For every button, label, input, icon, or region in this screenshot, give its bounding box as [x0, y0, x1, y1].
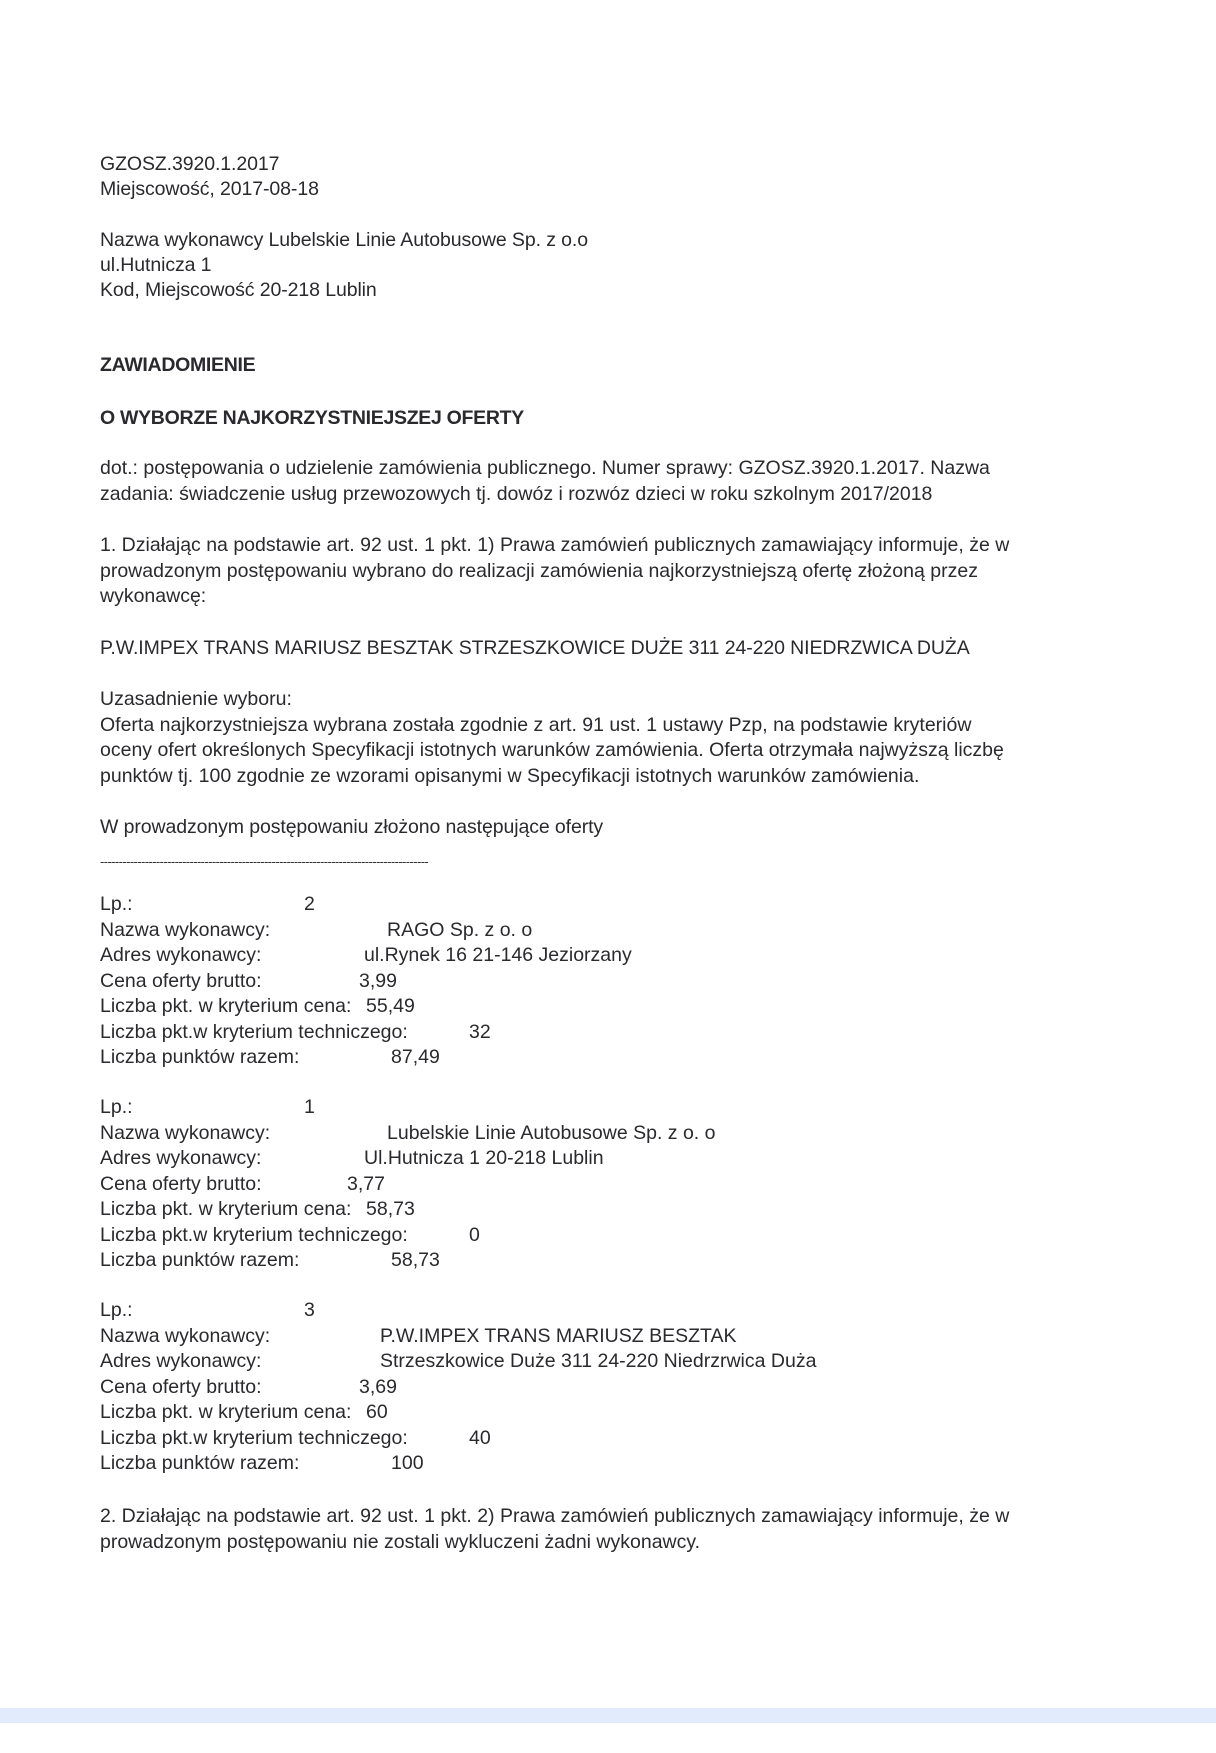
lp-label: Lp.: — [100, 892, 133, 918]
address-label: Adres wykonawcy: — [100, 1146, 261, 1172]
subject-line: zadania: świadczenie usług przewozowych … — [100, 482, 1160, 508]
offer-contractor-address: Ul.Hutnicza 1 20-218 Lublin — [364, 1146, 604, 1172]
recipient-street: ul.Hutnicza 1 — [100, 253, 211, 279]
price-label: Cena oferty brutto: — [100, 1172, 262, 1198]
scanned-document-page: GZOSZ.3920.1.2017 Miejscowość, 2017-08-1… — [0, 0, 1216, 1753]
offer-price: 3,99 — [359, 969, 397, 995]
offer-tech-points: 0 — [469, 1223, 480, 1249]
justification-line: oceny ofert określonych Specyfikacji ist… — [100, 738, 1160, 764]
total-points-label: Liczba punktów razem: — [100, 1248, 299, 1274]
offer-lp: 2 — [304, 892, 315, 918]
document-subtitle: O WYBORZE NAJKORZYSTNIEJSZEJ OFERTY — [100, 406, 524, 432]
section-1-line: 1. Działając na podstawie art. 92 ust. 1… — [100, 533, 1160, 559]
recipient-city: Kod, Miejscowość 20-218 Lublin — [100, 278, 377, 304]
justification-heading: Uzasadnienie wyboru: — [100, 687, 1160, 713]
offer-contractor-name: Lubelskie Linie Autobusowe Sp. z o. o — [387, 1121, 715, 1147]
justification-paragraph: Uzasadnienie wyboru: Oferta najkorzystni… — [100, 687, 1160, 789]
tech-points-label: Liczba pkt.w kryterium techniczego: — [100, 1223, 408, 1249]
offer-contractor-address: Strzeszkowice Duże 311 24-220 Niedrzrwic… — [380, 1349, 816, 1375]
name-label: Nazwa wykonawcy: — [100, 1121, 270, 1147]
tech-points-label: Liczba pkt.w kryterium techniczego: — [100, 1020, 408, 1046]
price-points-label: Liczba pkt. w kryterium cena: — [100, 1400, 351, 1426]
winning-contractor: P.W.IMPEX TRANS MARIUSZ BESZTAK STRZESZK… — [100, 636, 970, 662]
scan-edge-band — [0, 1708, 1216, 1723]
offer-contractor-address: ul.Rynek 16 21-146 Jeziorzany — [364, 943, 632, 969]
place-date: Miejscowość, 2017-08-18 — [100, 177, 319, 203]
offer-price-points: 60 — [366, 1400, 388, 1426]
case-reference: GZOSZ.3920.1.2017 — [100, 152, 279, 178]
price-label: Cena oferty brutto: — [100, 1375, 262, 1401]
offer-contractor-name: P.W.IMPEX TRANS MARIUSZ BESZTAK — [380, 1324, 736, 1350]
subject-paragraph: dot.: postępowania o udzielenie zamówien… — [100, 456, 1160, 507]
offers-intro: W prowadzonym postępowaniu złożono nastę… — [100, 815, 603, 841]
address-label: Adres wykonawcy: — [100, 1349, 261, 1375]
total-points-label: Liczba punktów razem: — [100, 1045, 299, 1071]
lp-label: Lp.: — [100, 1298, 133, 1324]
offer-total-points: 100 — [391, 1451, 424, 1477]
lp-label: Lp.: — [100, 1095, 133, 1121]
offer-tech-points: 32 — [469, 1020, 491, 1046]
offer-price-points: 55,49 — [366, 994, 415, 1020]
address-label: Adres wykonawcy: — [100, 943, 261, 969]
price-label: Cena oferty brutto: — [100, 969, 262, 995]
name-label: Nazwa wykonawcy: — [100, 1324, 270, 1350]
section-2-line: 2. Działając na podstawie art. 92 ust. 1… — [100, 1504, 1160, 1530]
offer-price: 3,69 — [359, 1375, 397, 1401]
subject-line: dot.: postępowania o udzielenie zamówien… — [100, 456, 1160, 482]
document-title: ZAWIADOMIENIE — [100, 353, 255, 379]
separator-line: ----------------------------------------… — [100, 854, 428, 869]
section-2-line: prowadzonym postępowaniu nie zostali wyk… — [100, 1530, 1160, 1556]
section-1-line: wykonawcę: — [100, 584, 1160, 610]
total-points-label: Liczba punktów razem: — [100, 1451, 299, 1477]
justification-line: punktów tj. 100 zgodnie ze wzorami opisa… — [100, 764, 1160, 790]
offer-tech-points: 40 — [469, 1426, 491, 1452]
offer-lp: 3 — [304, 1298, 315, 1324]
recipient-name: Nazwa wykonawcy Lubelskie Linie Autobuso… — [100, 228, 588, 254]
tech-points-label: Liczba pkt.w kryterium techniczego: — [100, 1426, 408, 1452]
price-points-label: Liczba pkt. w kryterium cena: — [100, 1197, 351, 1223]
section-1-paragraph: 1. Działając na podstawie art. 92 ust. 1… — [100, 533, 1160, 610]
section-1-line: prowadzonym postępowaniu wybrano do real… — [100, 559, 1160, 585]
offer-price-points: 58,73 — [366, 1197, 415, 1223]
offer-contractor-name: RAGO Sp. z o. o — [387, 918, 532, 944]
offer-total-points: 58,73 — [391, 1248, 440, 1274]
price-points-label: Liczba pkt. w kryterium cena: — [100, 994, 351, 1020]
offer-total-points: 87,49 — [391, 1045, 440, 1071]
name-label: Nazwa wykonawcy: — [100, 918, 270, 944]
justification-line: Oferta najkorzystniejsza wybrana została… — [100, 713, 1160, 739]
offer-price: 3,77 — [347, 1172, 385, 1198]
offer-lp: 1 — [304, 1095, 315, 1121]
section-2-paragraph: 2. Działając na podstawie art. 92 ust. 1… — [100, 1504, 1160, 1555]
